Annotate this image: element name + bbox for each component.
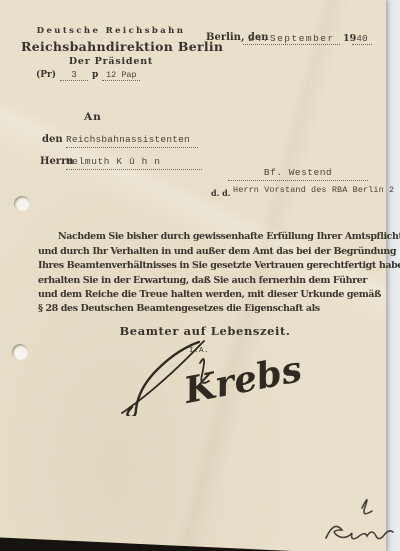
body-line-3: Ihres Beamtenverhältnisses in Sie gesetz…	[38, 260, 400, 271]
file-ref-number: 3	[60, 70, 88, 81]
scanner-background-strip	[386, 0, 400, 551]
file-ref-suffix: 12 Pap	[102, 70, 140, 81]
handwritten-signature: Krebs	[118, 331, 333, 416]
letter-paper: Deutsche Reichsbahn Reichsbahndirektion …	[0, 0, 386, 551]
body-line-2: und durch Ihr Verhalten in und außer dem…	[38, 246, 396, 257]
recipient-name: Helmuth K ü h n	[66, 156, 202, 170]
signature-name: Krebs	[180, 348, 305, 412]
corner-initials-scribble	[326, 526, 393, 538]
body-line-6: § 28 des Deutschen Beamtengesetzes die E…	[38, 303, 320, 314]
letterhead-role: Der Präsident	[21, 56, 201, 67]
punch-hole-bottom	[12, 344, 28, 360]
file-ref-p: p	[92, 70, 98, 80]
paper-edge-shadow	[0, 536, 292, 551]
date-value: 24.September	[243, 33, 340, 45]
via-office: Herrn Vorstand des RBA Berlin 2	[233, 185, 394, 195]
body-line-5: und dem Reiche die Treue halten werden, …	[38, 289, 381, 300]
letterhead-office: Reichsbahndirektion Berlin	[21, 39, 201, 54]
date-year: 40	[352, 33, 372, 45]
corner-initials-curl	[362, 500, 372, 514]
recipient-station: Bf. Westend	[228, 167, 368, 181]
body-line-1: Nachdem Sie bisher durch gewissenhafte E…	[38, 231, 400, 242]
recipient-rank: Reichsbahnassistenten	[66, 134, 198, 148]
address-an-label: An	[84, 111, 102, 123]
via-label: d. d.	[211, 188, 231, 198]
file-reference-line: (Pr) 3 p 12 Pap	[36, 70, 140, 81]
corner-initials-handwriting	[318, 490, 394, 548]
body-line-4: erhalten Sie in der Erwartung, daß Sie a…	[38, 275, 367, 286]
letterhead-organization: Deutsche Reichsbahn	[21, 26, 201, 36]
document-scan: Deutsche Reichsbahn Reichsbahndirektion …	[0, 0, 400, 551]
file-ref-prefix: (Pr)	[36, 70, 56, 80]
punch-hole-top	[14, 196, 30, 211]
address-den-label: den	[42, 134, 63, 145]
